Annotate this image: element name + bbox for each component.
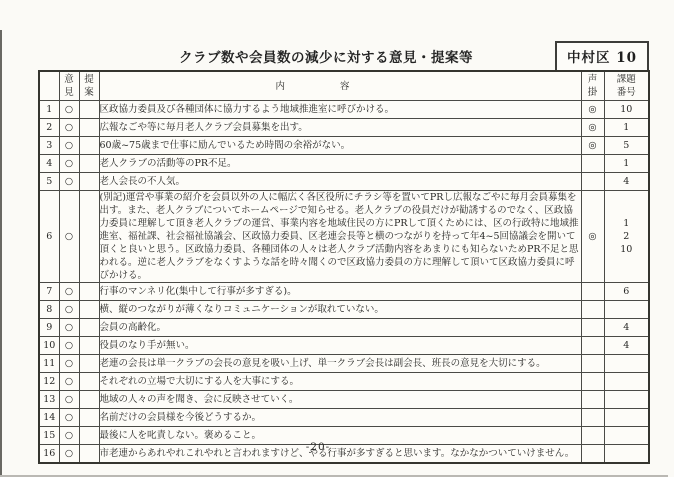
- table-row: 9 ○ 会員の高齢化。 4: [39, 319, 649, 337]
- header-content: 内容: [99, 71, 581, 101]
- voice-mark: [581, 337, 604, 355]
- content-text: (別記)運営や事業の紹介を会員以外の人に幅広く各区役所にチラシ等を置いてPRし広…: [99, 191, 581, 283]
- issue-numbers: [604, 301, 649, 319]
- row-number: 8: [39, 301, 59, 319]
- issue-numbers: 1 2 10: [604, 191, 649, 283]
- row-number: 12: [39, 373, 59, 391]
- content-text: 役員のなり手が無い。: [99, 337, 581, 355]
- voice-mark: [581, 355, 604, 373]
- table-row: 5 ○ 老人会長の不人気。 4: [39, 173, 649, 191]
- table-row: 1 ○ 区政協力委員及び各種団体に協力するよう地域推進室に呼びかける。 ◎ 10: [39, 101, 649, 119]
- issue-numbers: [604, 391, 649, 409]
- opinion-mark: ○: [59, 137, 79, 155]
- row-number: 1: [39, 101, 59, 119]
- content-text: 地域の人々の声を聞き、会に反映させていく。: [99, 391, 581, 409]
- header-opinion: 意 見: [59, 71, 79, 101]
- issue-numbers: 1: [604, 119, 649, 137]
- proposal-mark: [79, 173, 99, 191]
- table-row: 4 ○ 老人クラブの活動等のPR不足。 1: [39, 155, 649, 173]
- table-row: 7 ○ 行事のマンネリ化(集中して行事が多すぎる)。 6: [39, 283, 649, 301]
- opinion-mark: ○: [59, 173, 79, 191]
- voice-mark: ◎: [581, 119, 604, 137]
- issue-numbers: [604, 373, 649, 391]
- voice-mark: [581, 391, 604, 409]
- table-row: 8 ○ 横、縦のつながりが薄くなりコミュニケーションが取れていない。: [39, 301, 649, 319]
- proposal-mark: [79, 119, 99, 137]
- voice-mark: [581, 373, 604, 391]
- opinion-mark: ○: [59, 391, 79, 409]
- issue-numbers: 4: [604, 173, 649, 191]
- page-number: -20-: [38, 441, 598, 453]
- row-number: 4: [39, 155, 59, 173]
- opinion-mark: ○: [59, 337, 79, 355]
- table-row: 6 ○ (別記)運営や事業の紹介を会員以外の人に幅広く各区役所にチラシ等を置いて…: [39, 191, 649, 283]
- opinion-mark: ○: [59, 101, 79, 119]
- table-row: 2 ○ 広報なごや等に毎月老人クラブ会員募集を出す。 ◎ 1: [39, 119, 649, 137]
- content-text: 60歳~75歳まで仕事に励んでいるため時間の余裕がない。: [99, 137, 581, 155]
- voice-mark: ◎: [581, 191, 604, 283]
- proposal-mark: [79, 319, 99, 337]
- scan-artifact-left-edge: [0, 30, 2, 475]
- proposal-mark: [79, 391, 99, 409]
- header-issue: 課題 番号: [604, 71, 649, 101]
- row-number: 11: [39, 355, 59, 373]
- voice-mark: [581, 155, 604, 173]
- proposal-mark: [79, 191, 99, 283]
- proposal-mark: [79, 155, 99, 173]
- opinions-table: 意 見 提 案 内容 声 掛 課題 番号 1 ○ 区政協力委員及び各種団体に協力…: [38, 70, 650, 464]
- content-text: 老人クラブの活動等のPR不足。: [99, 155, 581, 173]
- table-row: 13 ○ 地域の人々の声を聞き、会に反映させていく。: [39, 391, 649, 409]
- header-proposal: 提 案: [79, 71, 99, 101]
- row-number: 9: [39, 319, 59, 337]
- row-number: 7: [39, 283, 59, 301]
- opinion-mark: ○: [59, 191, 79, 283]
- page-title: クラブ数や会員数の減少に対する意見・提案等: [96, 46, 556, 66]
- content-text: 老連の会長は単一クラブの会長の意見を吸い上げ、単一クラブ会長は副会長、班長の意見…: [99, 355, 581, 373]
- table-row: 14 ○ 名前だけの会員様を今後どうするか。: [39, 409, 649, 427]
- issue-numbers: 4: [604, 319, 649, 337]
- opinion-mark: ○: [59, 373, 79, 391]
- header-number: [39, 71, 59, 101]
- row-number: 5: [39, 173, 59, 191]
- content-text: 行事のマンネリ化(集中して行事が多すぎる)。: [99, 283, 581, 301]
- content-text: 広報なごや等に毎月老人クラブ会員募集を出す。: [99, 119, 581, 137]
- row-number: 3: [39, 137, 59, 155]
- voice-mark: ◎: [581, 101, 604, 119]
- voice-mark: [581, 409, 604, 427]
- content-text: 会員の高齢化。: [99, 319, 581, 337]
- proposal-mark: [79, 337, 99, 355]
- issue-numbers: 6: [604, 283, 649, 301]
- table-row: 10 ○ 役員のなり手が無い。 4: [39, 337, 649, 355]
- proposal-mark: [79, 409, 99, 427]
- opinion-mark: ○: [59, 283, 79, 301]
- issue-numbers: [604, 355, 649, 373]
- issue-numbers: 1: [604, 155, 649, 173]
- proposal-mark: [79, 283, 99, 301]
- voice-mark: ◎: [581, 137, 604, 155]
- issue-numbers: [604, 445, 649, 464]
- opinion-mark: ○: [59, 301, 79, 319]
- opinion-mark: ○: [59, 155, 79, 173]
- proposal-mark: [79, 301, 99, 319]
- proposal-mark: [79, 137, 99, 155]
- voice-mark: [581, 319, 604, 337]
- content-text: それぞれの立場で大切にする人を大事にする。: [99, 373, 581, 391]
- table-header: 意 見 提 案 内容 声 掛 課題 番号: [39, 71, 649, 101]
- voice-mark: [581, 301, 604, 319]
- row-number: 10: [39, 337, 59, 355]
- issue-numbers: 4: [604, 337, 649, 355]
- content-text: 名前だけの会員様を今後どうするか。: [99, 409, 581, 427]
- table-body: 1 ○ 区政協力委員及び各種団体に協力するよう地域推進室に呼びかける。 ◎ 10…: [39, 101, 649, 464]
- voice-mark: [581, 283, 604, 301]
- opinion-mark: ○: [59, 355, 79, 373]
- content-text: 区政協力委員及び各種団体に協力するよう地域推進室に呼びかける。: [99, 101, 581, 119]
- issue-numbers: [604, 427, 649, 445]
- table-row: 3 ○ 60歳~75歳まで仕事に励んでいるため時間の余裕がない。 ◎ 5: [39, 137, 649, 155]
- row-number: 6: [39, 191, 59, 283]
- table-row: 11 ○ 老連の会長は単一クラブの会長の意見を吸い上げ、単一クラブ会長は副会長、…: [39, 355, 649, 373]
- ward-label: 中村区 10: [567, 50, 637, 66]
- proposal-mark: [79, 355, 99, 373]
- opinion-mark: ○: [59, 119, 79, 137]
- issue-numbers: [604, 409, 649, 427]
- opinion-mark: ○: [59, 409, 79, 427]
- table-row: 12 ○ それぞれの立場で大切にする人を大事にする。: [39, 373, 649, 391]
- proposal-mark: [79, 373, 99, 391]
- row-number: 2: [39, 119, 59, 137]
- content-text: 老人会長の不人気。: [99, 173, 581, 191]
- proposal-mark: [79, 101, 99, 119]
- opinion-mark: ○: [59, 319, 79, 337]
- ward-label-box: 中村区 10: [555, 41, 649, 72]
- header-voice: 声 掛: [581, 71, 604, 101]
- voice-mark: [581, 173, 604, 191]
- row-number: 13: [39, 391, 59, 409]
- issue-numbers: 10: [604, 101, 649, 119]
- content-text: 横、縦のつながりが薄くなりコミュニケーションが取れていない。: [99, 301, 581, 319]
- row-number: 14: [39, 409, 59, 427]
- issue-numbers: 5: [604, 137, 649, 155]
